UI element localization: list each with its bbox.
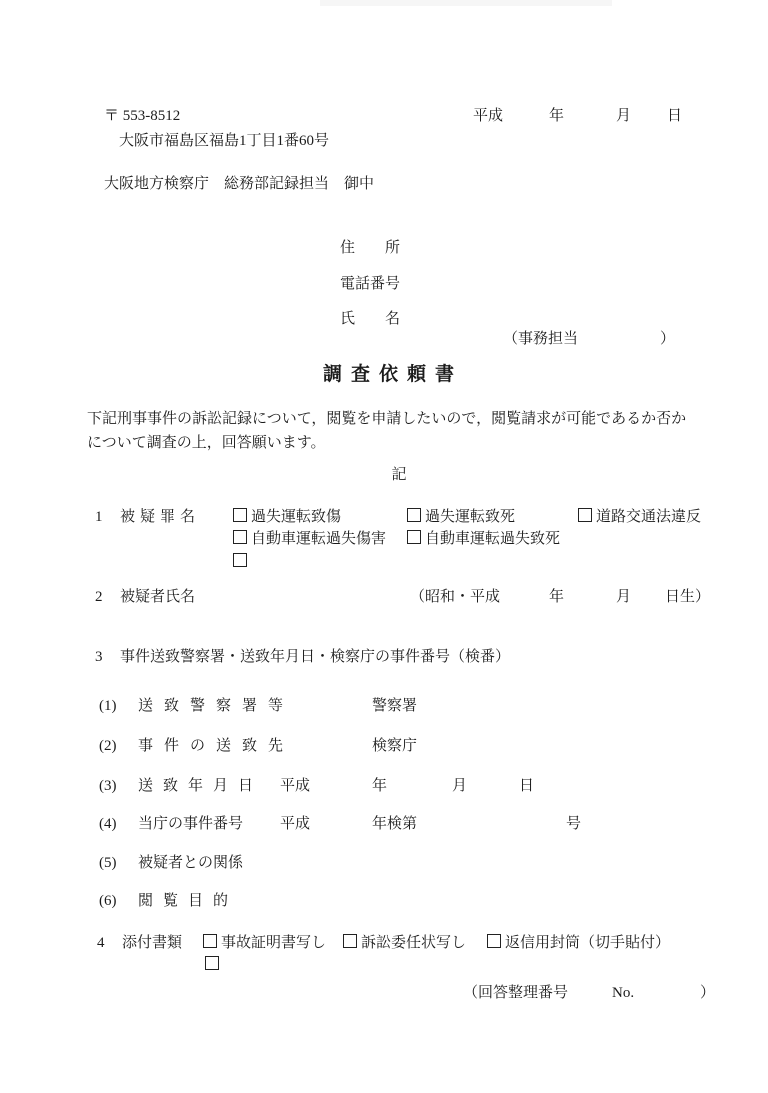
attachment-option-4 — [205, 956, 223, 975]
row3-no: (3) — [99, 777, 117, 796]
birth-open: （昭和・平成 — [410, 588, 500, 607]
row1-label: 送致警察署等 — [138, 697, 294, 716]
checkbox-icon — [205, 956, 219, 970]
recipient: 大阪地方検察庁 総務部記録担当 御中 — [104, 175, 374, 194]
offense-option-3-label: 道路交通法違反 — [596, 509, 701, 525]
name-label: 氏 名 — [340, 310, 400, 329]
phone-label: 電話番号 — [340, 275, 400, 294]
body-line-2: について調査の上，回答願います。 — [87, 434, 326, 453]
row4-no: (4) — [99, 815, 117, 834]
offense-option-5: 自動車運転過失致死 — [407, 530, 560, 549]
checkbox-icon — [233, 508, 247, 522]
checkbox-icon — [343, 934, 357, 948]
body-line-1: 下記刑事事件の訴訟記録について，閲覧を申請したいので，閲覧請求が可能であるか否か — [87, 410, 686, 429]
scan-artifact — [320, 0, 612, 6]
row5-label: 被疑者との関係 — [138, 854, 243, 873]
birth-year-label: 年 — [549, 588, 564, 607]
reply-number-no-label: No. — [612, 984, 634, 1003]
attachment-option-3: 返信用封筒（切手貼付） — [487, 934, 670, 953]
item4-label: 添付書類 — [122, 934, 182, 953]
address-label: 住 所 — [340, 239, 400, 258]
checkbox-icon — [578, 508, 592, 522]
offense-option-1-label: 過失運転致傷 — [251, 509, 341, 525]
row3-year-label: 年 — [372, 777, 387, 796]
row2-suffix: 検察庁 — [372, 737, 417, 756]
attachment-option-1-label: 事故証明書写し — [221, 935, 326, 951]
row6-no: (6) — [99, 892, 117, 911]
offense-option-3: 道路交通法違反 — [578, 508, 701, 527]
checkbox-icon — [407, 530, 421, 544]
attachment-option-3-label: 返信用封筒（切手貼付） — [505, 935, 670, 951]
checkbox-icon — [487, 934, 501, 948]
body-separator: 記 — [0, 466, 768, 485]
row3-era: 平成 — [280, 777, 310, 796]
item4-number: 4 — [97, 934, 105, 953]
item1-label: 被疑罪名 — [120, 508, 200, 527]
row1-no: (1) — [99, 697, 117, 716]
offense-option-2: 過失運転致死 — [407, 508, 515, 527]
attachment-option-1: 事故証明書写し — [203, 934, 326, 953]
row4-go-label: 号 — [566, 815, 581, 834]
row1-suffix: 警察署 — [372, 697, 417, 716]
row2-no: (2) — [99, 737, 117, 756]
row3-month-label: 月 — [452, 777, 467, 796]
clerk-note-close: ） — [660, 330, 675, 349]
checkbox-icon — [203, 934, 217, 948]
clerk-note-open: （事務担当 — [503, 330, 578, 349]
checkbox-icon — [407, 508, 421, 522]
page-title: 調査依頼書 — [0, 363, 768, 387]
date-era: 平成 — [473, 107, 503, 126]
offense-option-2-label: 過失運転致死 — [425, 509, 515, 525]
birth-month-label: 月 — [616, 588, 631, 607]
attachment-option-2: 訴訟委任状写し — [343, 934, 466, 953]
birth-close: 日生） — [665, 588, 710, 607]
checkbox-icon — [233, 530, 247, 544]
row5-no: (5) — [99, 854, 117, 873]
offense-option-4: 自動車運転過失傷害 — [233, 530, 386, 549]
item2-label: 被疑者氏名 — [120, 588, 195, 607]
attachment-option-2-label: 訴訟委任状写し — [361, 935, 466, 951]
date-month-label: 月 — [616, 107, 631, 126]
offense-option-4-label: 自動車運転過失傷害 — [251, 531, 386, 547]
checkbox-icon — [233, 553, 247, 567]
row3-day-label: 日 — [519, 777, 534, 796]
row4-label: 当庁の事件番号 — [138, 815, 243, 834]
sender-address: 大阪市福島区福島1丁目1番60号 — [119, 132, 329, 151]
item3-number: 3 — [95, 648, 103, 667]
offense-option-1: 過失運転致傷 — [233, 508, 341, 527]
reply-number-close: ） — [700, 984, 715, 1003]
offense-option-5-label: 自動車運転過失致死 — [425, 531, 560, 547]
reply-number-open: （回答整理番号 — [463, 984, 568, 1003]
item2-number: 2 — [95, 588, 103, 607]
document-page: 〒 553-8512 平成 年 月 日 大阪市福島区福島1丁目1番60号 大阪地… — [0, 0, 768, 1093]
offense-option-6 — [233, 553, 251, 572]
row4-kendai-label: 年検第 — [372, 815, 417, 834]
postal-code: 〒 553-8512 — [104, 107, 180, 126]
row4-era: 平成 — [280, 815, 310, 834]
row2-label: 事件の送致先 — [138, 737, 294, 756]
date-day-label: 日 — [667, 107, 682, 126]
date-year-label: 年 — [549, 107, 564, 126]
item3-label: 事件送致警察署・送致年月日・検察庁の事件番号（検番） — [120, 648, 510, 667]
row3-label: 送致年月日 — [138, 777, 263, 796]
row6-label: 閲覧目的 — [138, 892, 238, 911]
item1-number: 1 — [95, 508, 103, 527]
